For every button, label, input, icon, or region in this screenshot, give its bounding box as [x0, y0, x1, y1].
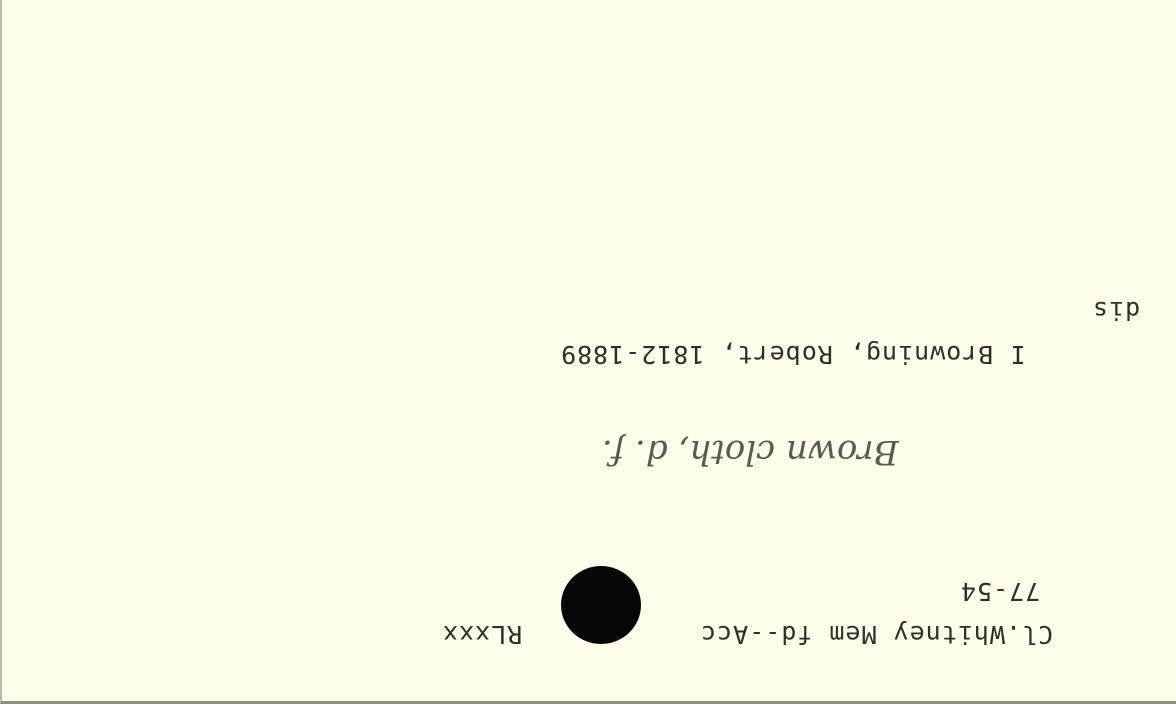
heading-sub: dis — [1092, 296, 1140, 325]
handwritten-note: Brown cloth, d. f. — [602, 432, 899, 472]
punch-hole — [561, 566, 641, 644]
heading-line: I Browning, Robert, 1812-1889 — [560, 340, 1026, 369]
catalog-card: dis I Browning, Robert, 1812-1889 Brown … — [0, 0, 1176, 704]
accession-number: 77-54 — [960, 577, 1040, 606]
accession-line: Cl.Whitney Mem fd--Acc — [700, 620, 1053, 649]
call-mark: RLxxx — [442, 620, 522, 649]
